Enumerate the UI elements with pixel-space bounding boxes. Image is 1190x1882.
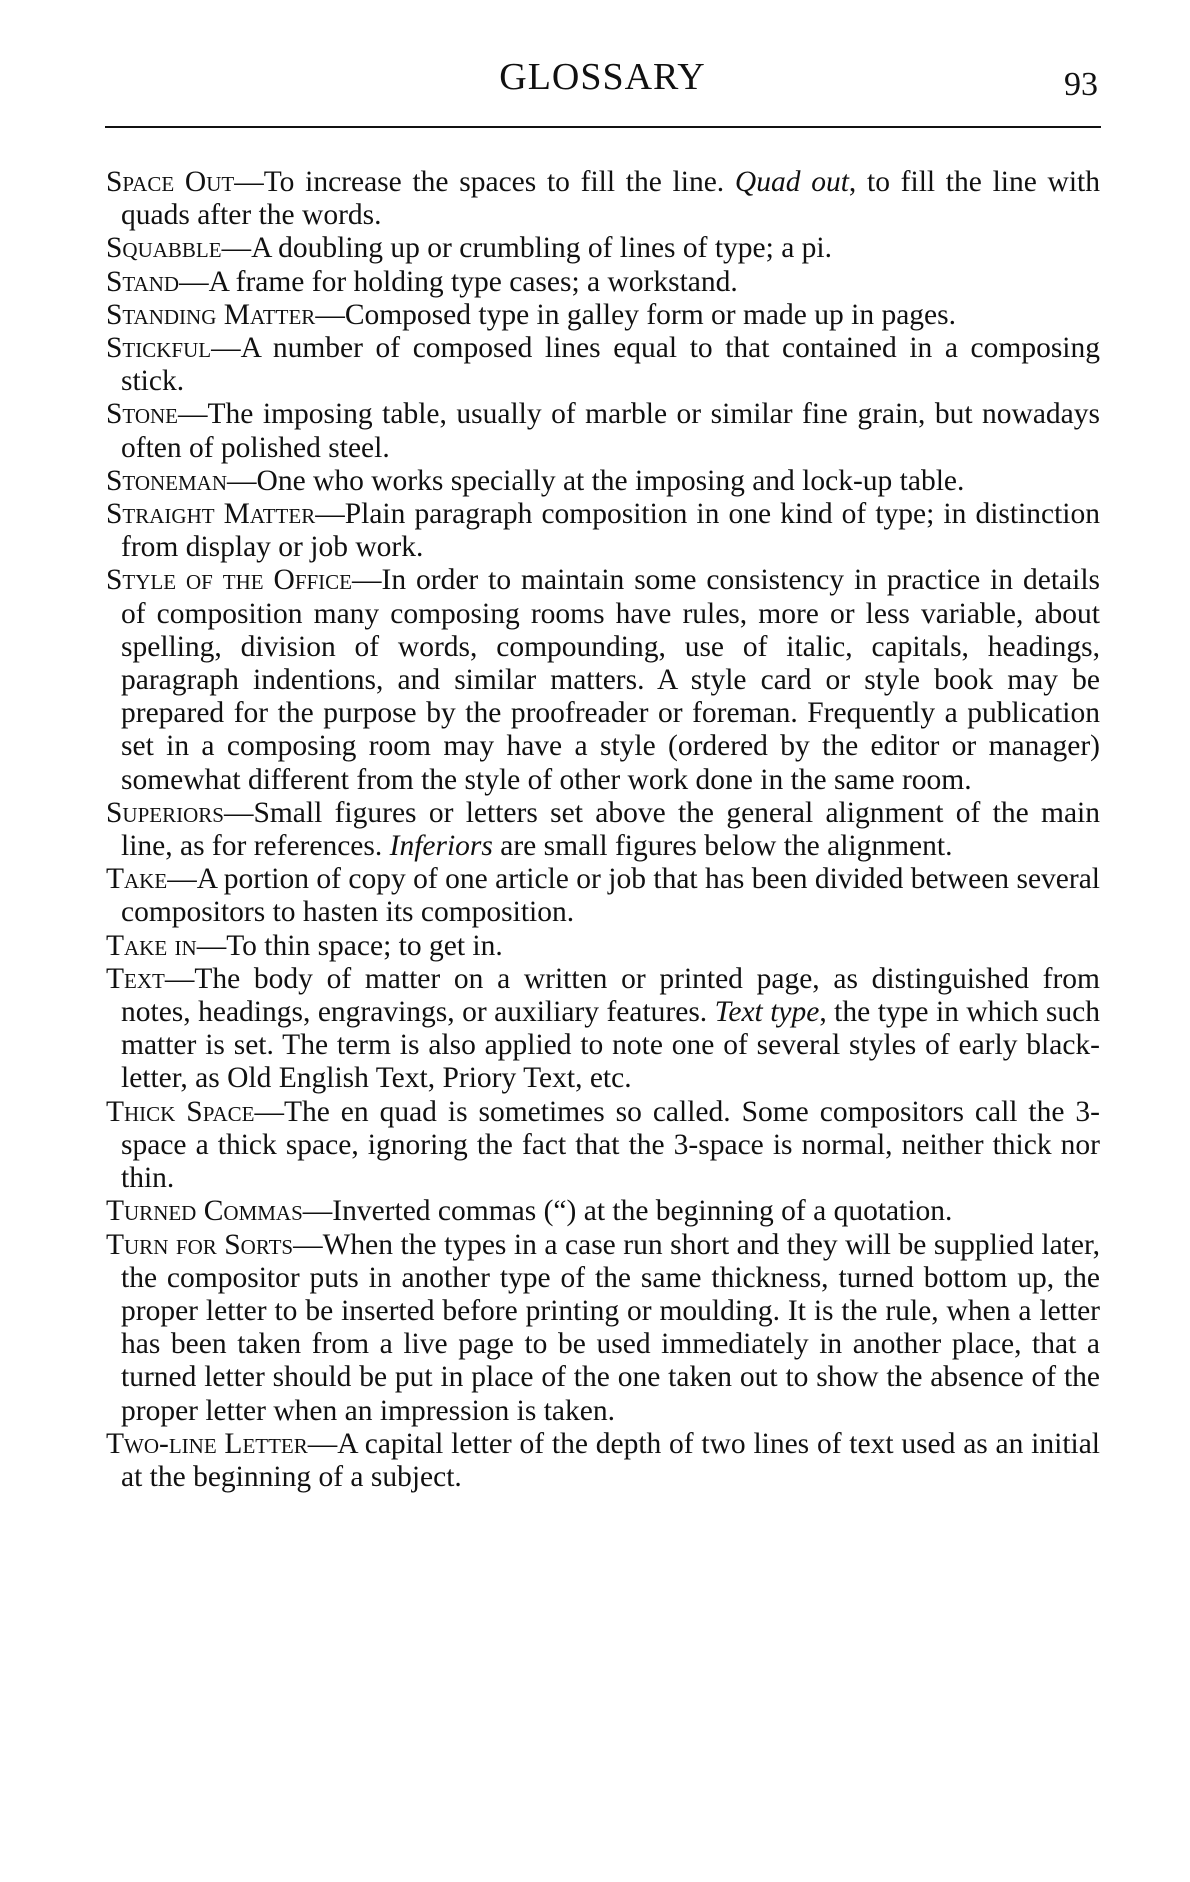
entry-term: Stickful: [106, 332, 211, 364]
entry-italic-term: Text type: [715, 996, 820, 1028]
entry-term: Two-line Letter: [106, 1428, 308, 1460]
em-dash: —: [224, 797, 254, 829]
em-dash: —: [234, 166, 264, 198]
em-dash: —: [211, 332, 241, 364]
entry-term: Turn for Sorts: [106, 1229, 293, 1261]
entry-definition-rest: are small figures below the alignment.: [493, 830, 953, 862]
glossary-entry: Two-line Letter—A capital letter of the …: [106, 1428, 1100, 1494]
glossary-entry: Stickful—A number of composed lines equa…: [106, 332, 1100, 398]
glossary-entry: Stone—The imposing table, usually of mar…: [106, 398, 1100, 464]
em-dash: —: [179, 266, 209, 298]
glossary-entry: Standing Matter—Composed type in galley …: [106, 299, 1100, 332]
em-dash: —: [352, 564, 382, 596]
entry-term: Style of the Office: [106, 564, 352, 596]
glossary-entry: Space Out—To increase the spaces to fill…: [106, 166, 1100, 232]
entry-definition: To increase the spaces to fill the line.: [264, 166, 735, 198]
page-header: GLOSSARY 93: [105, 52, 1100, 114]
entry-definition: In order to maintain some consistency in…: [121, 564, 1100, 795]
glossary-entry: Turned Commas—Inverted commas (“) at the…: [106, 1195, 1100, 1228]
entry-definition: A portion of copy of one article or job …: [121, 863, 1100, 928]
page-number: 93: [1064, 60, 1098, 110]
entry-definition: The imposing table, usually of marble or…: [121, 398, 1100, 463]
em-dash: —: [167, 863, 197, 895]
glossary-entry: Straight Matter—Plain paragraph composit…: [106, 498, 1100, 564]
em-dash: —: [315, 299, 345, 331]
em-dash: —: [293, 1229, 323, 1261]
glossary-entry: Turn for Sorts—When the types in a case …: [106, 1229, 1100, 1428]
entry-term: Thick Space: [106, 1096, 254, 1128]
entry-definition: One who works specially at the imposing …: [257, 465, 965, 497]
em-dash: —: [308, 1428, 338, 1460]
entry-italic-term: Inferiors: [390, 830, 493, 862]
entry-definition: To thin space; to get in.: [226, 930, 503, 962]
glossary-entry: Style of the Office—In order to maintain…: [106, 564, 1100, 796]
glossary-entry: Take—A portion of copy of one article or…: [106, 863, 1100, 929]
entry-term: Take: [106, 863, 167, 895]
entry-italic-term: Quad out: [735, 166, 849, 198]
em-dash: —: [315, 498, 345, 530]
entry-term: Text: [106, 963, 165, 995]
em-dash: —: [178, 398, 208, 430]
em-dash: —: [227, 465, 257, 497]
entry-term: Take in: [106, 930, 197, 962]
em-dash: —: [303, 1195, 333, 1227]
em-dash: —: [254, 1096, 284, 1128]
glossary-entry: Stoneman—One who works specially at the …: [106, 465, 1100, 498]
entry-term: Straight Matter: [106, 498, 315, 530]
entry-term: Squabble: [106, 232, 222, 264]
em-dash: —: [222, 232, 252, 264]
glossary-entry: Squabble—A doubling up or crumbling of l…: [106, 232, 1100, 265]
entry-term: Space Out: [106, 166, 234, 198]
entry-definition: A doubling up or crumbling of lines of t…: [251, 232, 832, 264]
glossary-entry: Superiors—Small figures or letters set a…: [106, 797, 1100, 863]
glossary-entry: Take in—To thin space; to get in.: [106, 930, 1100, 963]
entry-term: Stoneman: [106, 465, 227, 497]
entry-term: Stand: [106, 266, 179, 298]
glossary-entries: Space Out—To increase the spaces to fill…: [106, 166, 1100, 1494]
entry-definition: A number of composed lines equal to that…: [121, 332, 1100, 397]
header-rule: [105, 126, 1101, 128]
entry-definition: A frame for holding type cases; a workst…: [209, 266, 738, 298]
entry-term: Turned Commas: [106, 1195, 303, 1227]
glossary-entry: Text—The body of matter on a written or …: [106, 963, 1100, 1096]
entry-definition: Inverted commas (“) at the beginning of …: [332, 1195, 952, 1227]
em-dash: —: [165, 963, 195, 995]
glossary-entry: Stand—A frame for holding type cases; a …: [106, 266, 1100, 299]
em-dash: —: [197, 930, 227, 962]
entry-term: Superiors: [106, 797, 224, 829]
entry-term: Standing Matter: [106, 299, 315, 331]
running-title: GLOSSARY: [105, 52, 1100, 102]
entry-term: Stone: [106, 398, 178, 430]
glossary-entry: Thick Space—The en quad is sometimes so …: [106, 1096, 1100, 1196]
entry-definition: Composed type in galley form or made up …: [345, 299, 956, 331]
